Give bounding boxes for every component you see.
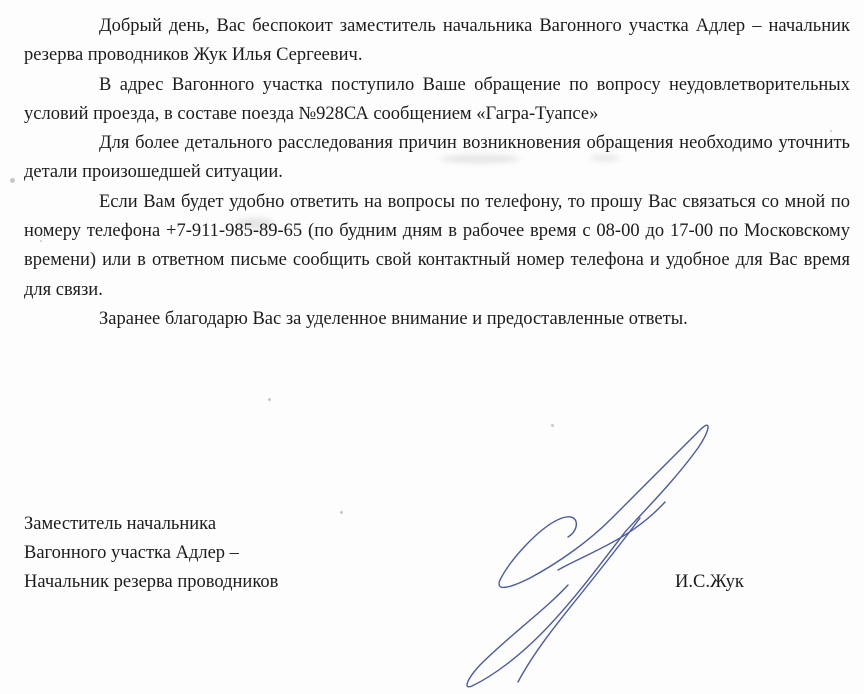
handwritten-signature bbox=[440, 420, 740, 694]
scan-speck bbox=[10, 178, 15, 183]
paragraph-greeting: Добрый день, Вас беспокоит заместитель н… bbox=[24, 12, 850, 71]
signer-title: Заместитель начальника Вагонного участка… bbox=[24, 510, 278, 597]
letter-body: Добрый день, Вас беспокоит заместитель н… bbox=[24, 12, 850, 334]
scan-speck bbox=[268, 398, 271, 401]
paragraph-complaint: В адрес Вагонного участка поступило Ваше… bbox=[24, 71, 850, 130]
paragraph-thanks: Заранее благодарю Вас за уделенное внима… bbox=[24, 305, 850, 334]
paragraph-contact: Если Вам будет удобно ответить на вопрос… bbox=[24, 188, 850, 305]
signer-title-line: Заместитель начальника bbox=[24, 510, 278, 539]
signer-name: И.С.Жук bbox=[675, 568, 744, 597]
signer-title-line: Начальник резерва проводников bbox=[24, 568, 278, 597]
signer-title-line: Вагонного участка Адлер – bbox=[24, 539, 278, 568]
scan-speck bbox=[340, 511, 343, 514]
letter-page: Добрый день, Вас беспокоит заместитель н… bbox=[0, 0, 864, 694]
paragraph-investigation: Для более детального расследования причи… bbox=[24, 129, 850, 188]
